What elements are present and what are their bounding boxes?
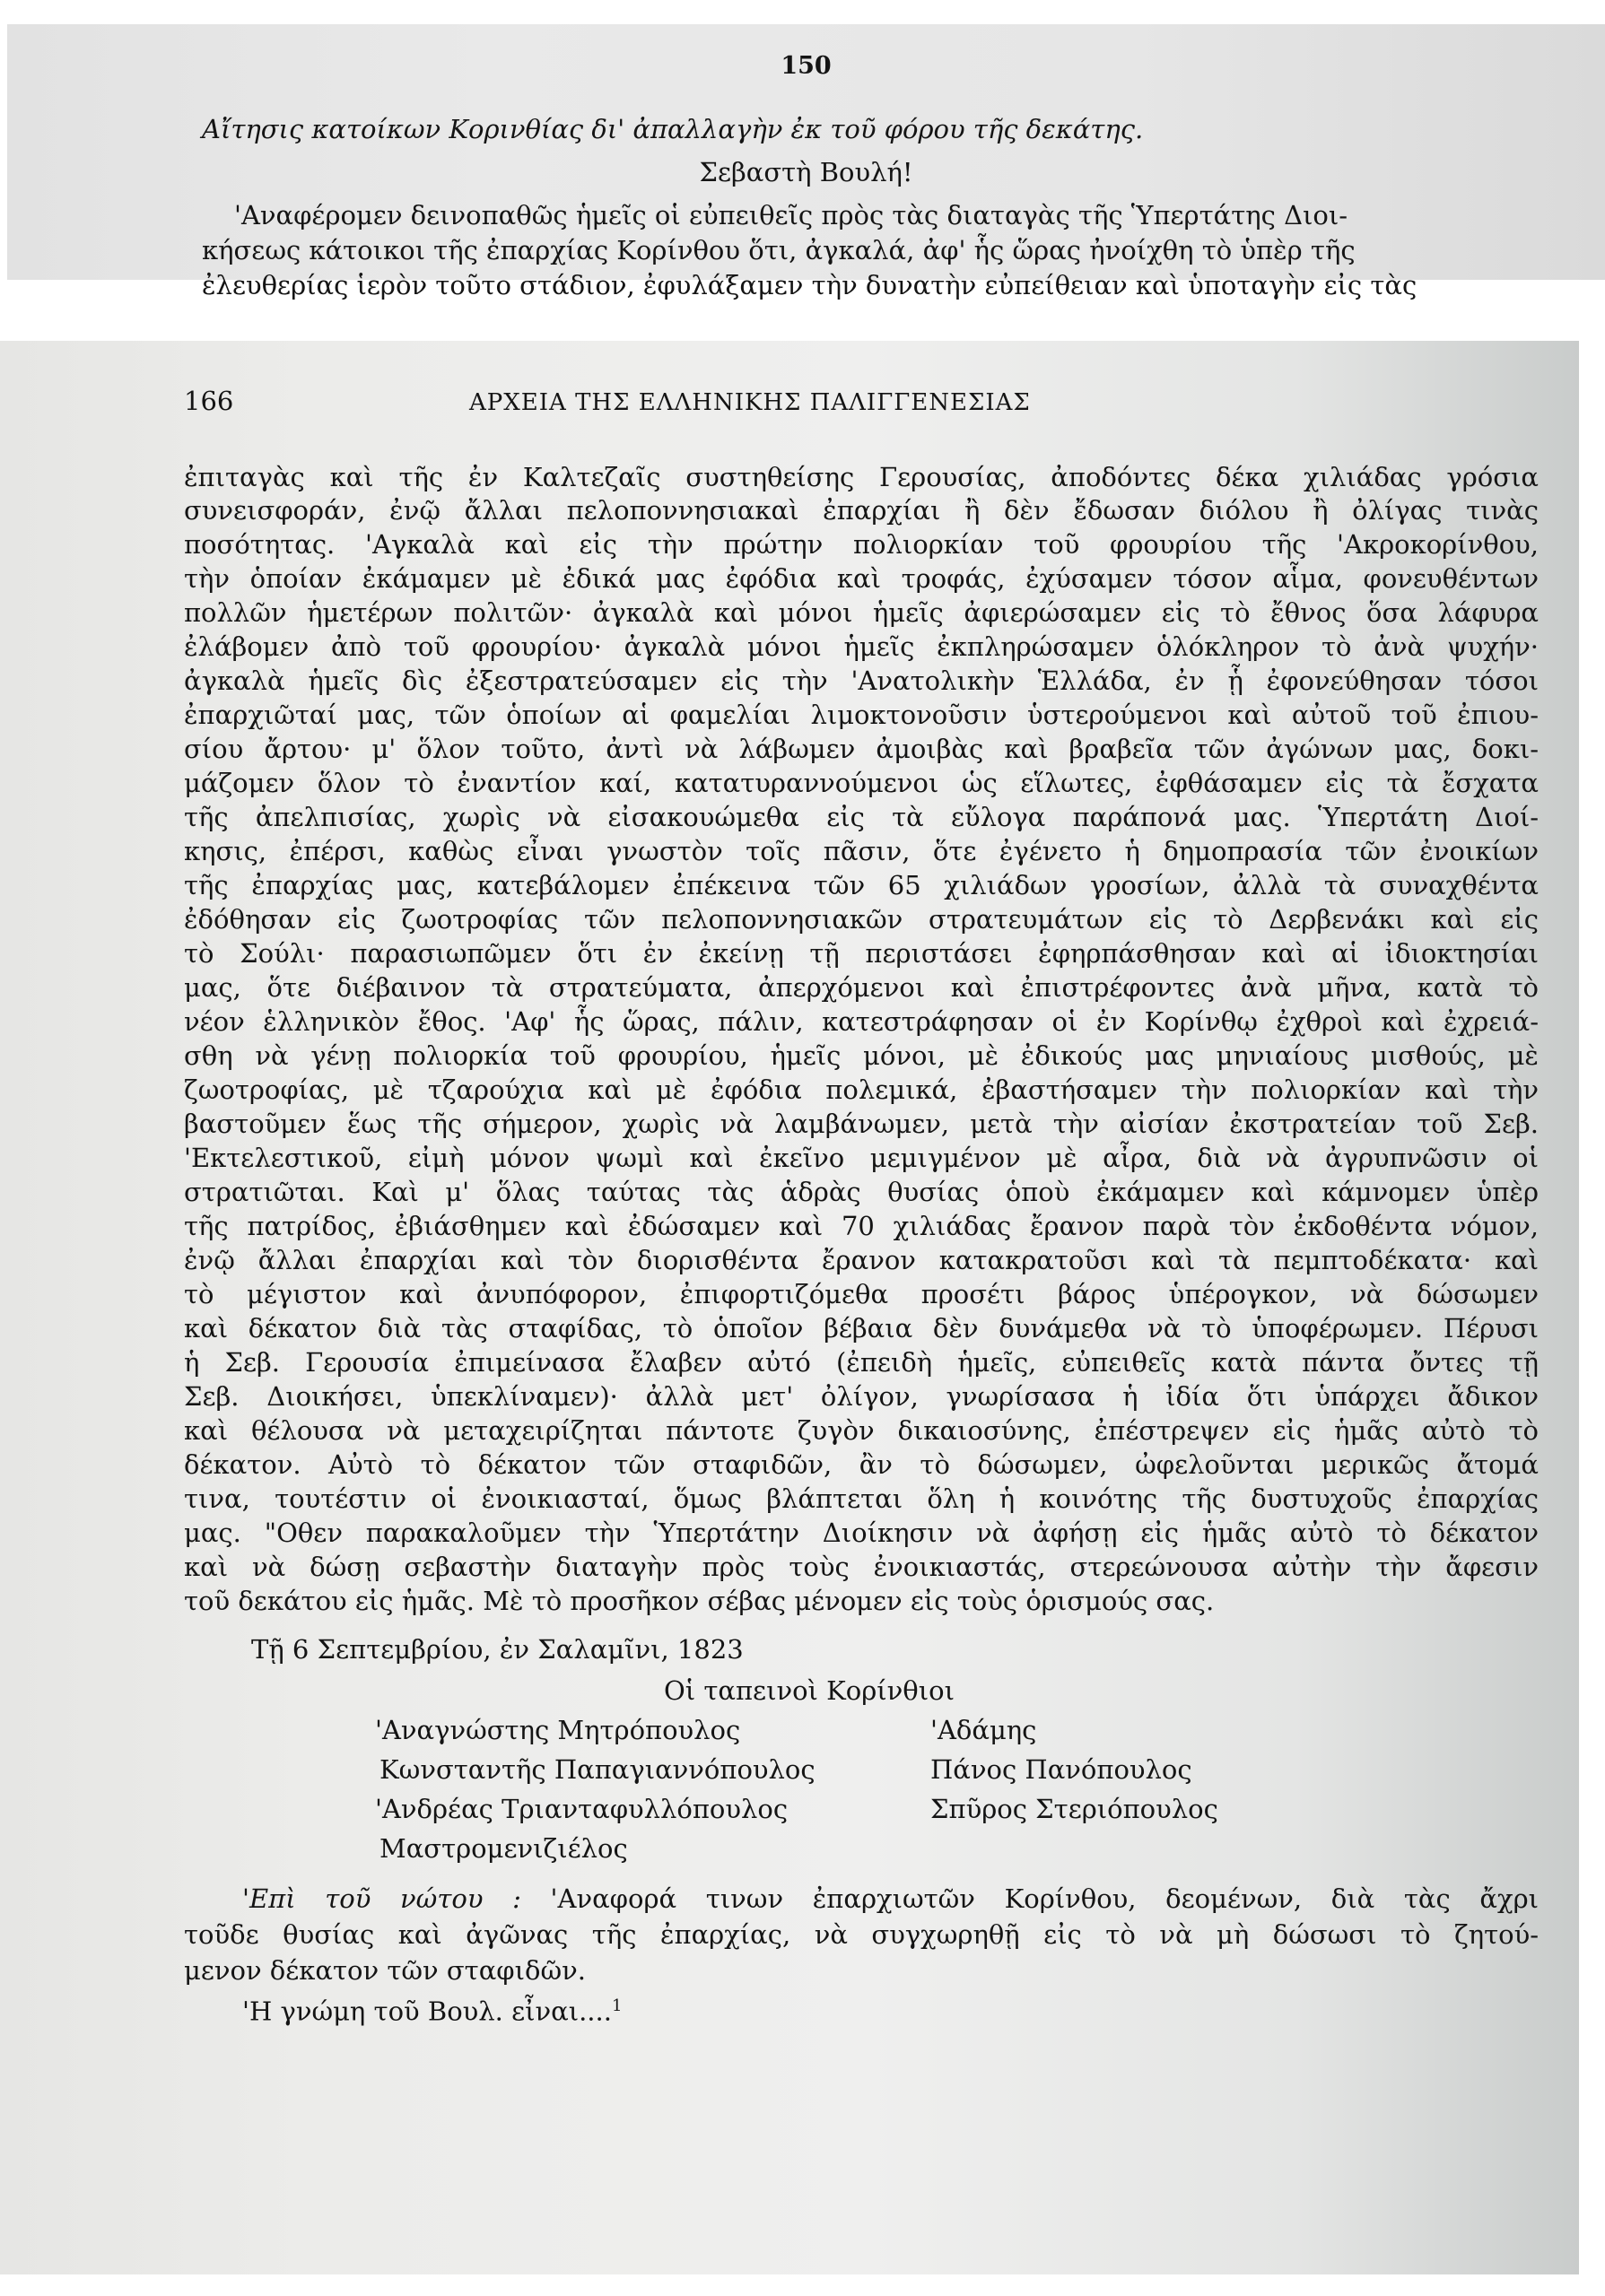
text-line: τὴν ὁποίαν ἐκάμαμεν μὲ ἐδικά μας ἐφόδια … bbox=[184, 563, 1539, 594]
text-line: ποσότητας. 'Αγκαλὰ καὶ εἰς τὴν πρώτην πο… bbox=[184, 529, 1539, 560]
text-line: ἡ Σεβ. Γερουσία ἐπιμείνασα ἔλαβεν αὐτό (… bbox=[184, 1347, 1539, 1378]
text-line: 'Αναφέρομεν δεινοπαθῶς ἡμεῖς οἱ εὐπειθεῖ… bbox=[234, 200, 1302, 230]
text-line: μάζομεν ὅλον τὸ ἐναντίον καί, κατατυρανν… bbox=[184, 768, 1539, 798]
page-166: 166 ΑΡΧΕΙΑ ΤΗΣ ΕΛΛΗΝΙΚΗΣ ΠΑΛΙΓΓΕΝΕΣΙΑΣ ἐ… bbox=[0, 341, 1579, 2274]
text-line: στρατιῶται. Καὶ μ' ὅλας ταύτας τὰς ἁδρὰς… bbox=[184, 1177, 1539, 1207]
text-line: ἐπιταγὰς καὶ τῆς ἐν Καλτεζαῖς συστηθείση… bbox=[184, 462, 1539, 492]
text-line: σίου ἄρτου· μ' ὅλον τοῦτο, ἀντὶ νὰ λάβωμ… bbox=[184, 734, 1539, 764]
text-line: καὶ δέκατον διὰ τὰς σταφίδας, τὸ ὁποῖον … bbox=[184, 1313, 1539, 1344]
running-head: ΑΡΧΕΙΑ ΤΗΣ ΕΛΛΗΝΙΚΗΣ ΠΑΛΙΓΓΕΝΕΣΙΑΣ bbox=[469, 387, 1031, 418]
signatory-name: 'Αδάμης bbox=[930, 1715, 1036, 1745]
endorsement-line: τοῦδε θυσίας καὶ ἀγῶνας τῆς ἐπαρχίας, νὰ… bbox=[184, 1919, 1539, 1950]
text-line: ἐλευθερίας ἱερὸν τοῦτο στάδιον, ἐφυλάξαμ… bbox=[202, 270, 1302, 300]
text-line: καὶ νὰ δώσῃ σεβαστὴν διαταγὴν πρὸς τοὺς … bbox=[184, 1552, 1539, 1582]
endorsement-text: 'Αναφορά τινων ἐπαρχιωτῶν Κορίνθου, δεομ… bbox=[521, 1883, 1539, 1914]
text-line: ἐνῷ ἄλλαι ἐπαρχίαι καὶ τὸν διορισθέντα ἔ… bbox=[184, 1245, 1539, 1275]
signatory-name: Κωνσταντῆς Παπαγιαννόπουλος bbox=[379, 1754, 816, 1785]
signatory-name: 'Αναγνώστης Μητρόπουλος bbox=[375, 1715, 740, 1745]
text-line: τῆς ἀπελπισίας, χωρὶς νὰ εἰσακουώμεθα εἰ… bbox=[184, 802, 1539, 832]
signatory-name: Μαστρομενιζιέλος bbox=[379, 1833, 628, 1864]
text-line: τῆς ἐπαρχίας μας, κατεβάλομεν ἐπέκεινα τ… bbox=[184, 870, 1539, 900]
text-line: καὶ θέλουσα νὰ μεταχειρίζηται πάντοτε ζυ… bbox=[184, 1415, 1539, 1446]
footnote-marker: 1 bbox=[612, 1996, 622, 2015]
text-line: ἐπαρχιῶταί μας, τῶν ὁποίων αἱ φαμελίαι λ… bbox=[184, 700, 1539, 730]
text-line: τοῦ δεκάτου εἰς ἡμᾶς. Μὲ τὸ προσῆκον σέβ… bbox=[184, 1586, 1214, 1616]
salutation: Σεβαστὴ Βουλή! bbox=[7, 157, 1605, 187]
text-line: κήσεως κάτοικοι τῆς ἐπαρχίας Κορίνθου ὅτ… bbox=[202, 235, 1302, 265]
text-line: τὸ Σούλι· παρασιωπῶμεν ὅτι ἐν ἐκείνῃ τῇ … bbox=[184, 938, 1539, 969]
text-line: τινα, τουτέστιν οἱ ἐνοικιασταί, ὅμως βλά… bbox=[184, 1483, 1539, 1514]
text-line: ἀγκαλὰ ἡμεῖς δὶς ἐξεστρατεύσαμεν εἰς τὴν… bbox=[184, 665, 1539, 696]
text-line: μας, ὅτε διέβαινον τὰ στρατεύματα, ἀπερχ… bbox=[184, 972, 1539, 1003]
text-line: ἐλάβομεν ἀπὸ τοῦ φρουρίου· ἀγκαλὰ μόνοι … bbox=[184, 631, 1539, 662]
text-line: πολλῶν ἡμετέρων πολιτῶν· ἀγκαλὰ καὶ μόνο… bbox=[184, 597, 1539, 628]
endorsement-line: μενον δέκατον τῶν σταφιδῶν. bbox=[184, 1955, 586, 1986]
signature-heading: Οἱ ταπεινοὶ Κορίνθιοι bbox=[664, 1675, 955, 1706]
text-line: συνεισφοράν, ἐνῷ ἄλλαι πελοποννησιακαὶ ἐ… bbox=[184, 495, 1539, 526]
text-line: τῆς πατρίδος, ἐβιάσθημεν καὶ ἐδώσαμεν κα… bbox=[184, 1211, 1539, 1241]
text-line: ἐδόθησαν εἰς ζωοτροφίας τῶν πελοποννησια… bbox=[184, 904, 1539, 935]
text-line: κησις, ἐπέρσι, καθὼς εἶναι γνωστὸν τοῖς … bbox=[184, 836, 1539, 866]
document-title: Αἴτησις κατοίκων Κορινθίας δι' ἀπαλλαγὴν… bbox=[202, 114, 1143, 144]
page-fragment-150: 150 Αἴτησις κατοίκων Κορινθίας δι' ἀπαλλ… bbox=[7, 24, 1605, 280]
text-line: δέκατον. Αὐτὸ τὸ δέκατον τῶν σταφιδῶν, ἂ… bbox=[184, 1449, 1539, 1480]
endorsement-label: 'Επὶ τοῦ νώτου : bbox=[242, 1883, 521, 1914]
text-line: ζωοτροφίας, μὲ τζαρούχια καὶ μὲ ἐφόδια π… bbox=[184, 1074, 1539, 1105]
text-line: μας. "Οθεν παρακαλοῦμεν τὴν Ὑπερτάτην Δι… bbox=[184, 1518, 1539, 1548]
signatory-name: 'Ανδρέας Τριανταφυλλόπουλος bbox=[375, 1794, 788, 1824]
text-line: βαστοῦμεν ἕως τῆς σήμερον, χωρὶς νὰ λαμβ… bbox=[184, 1109, 1539, 1139]
endorsement-line: 'Επὶ τοῦ νώτου : 'Αναφορά τινων ἐπαρχιωτ… bbox=[242, 1883, 1539, 1914]
closing-line: 'Η γνώμη τοῦ Βουλ. εἶναι....1 bbox=[242, 1991, 622, 2027]
page-number: 166 bbox=[184, 386, 233, 416]
text-line: Σεβ. Διοικήσει, ὑπεκλίναμεν)· ἀλλὰ μετ' … bbox=[184, 1381, 1539, 1412]
text-line: νέον ἑλληνικὸν ἔθος. 'Αφ' ἧς ὥρας, πάλιν… bbox=[184, 1006, 1539, 1037]
page-number: 150 bbox=[7, 51, 1605, 82]
text-line: σθη νὰ γένῃ πολιορκία τοῦ φρουρίου, ἡμεῖ… bbox=[184, 1040, 1539, 1071]
text-line: 'Εκτελεστικοῦ, εἰμὴ μόνον ψωμὶ καὶ ἐκεῖν… bbox=[184, 1143, 1539, 1173]
signatory-name: Σπῦρος Στεριόπουλος bbox=[930, 1794, 1218, 1824]
dateline: Τῇ 6 Σεπτεμβρίου, ἐν Σαλαμῖνι, 1823 bbox=[251, 1634, 744, 1665]
signatory-name: Πάνος Πανόπουλος bbox=[930, 1754, 1192, 1785]
text-line: τὸ μέγιστον καὶ ἀνυπόφορον, ἐπιφορτιζόμε… bbox=[184, 1279, 1539, 1309]
closing-text: 'Η γνώμη τοῦ Βουλ. εἶναι.... bbox=[242, 1996, 612, 2027]
